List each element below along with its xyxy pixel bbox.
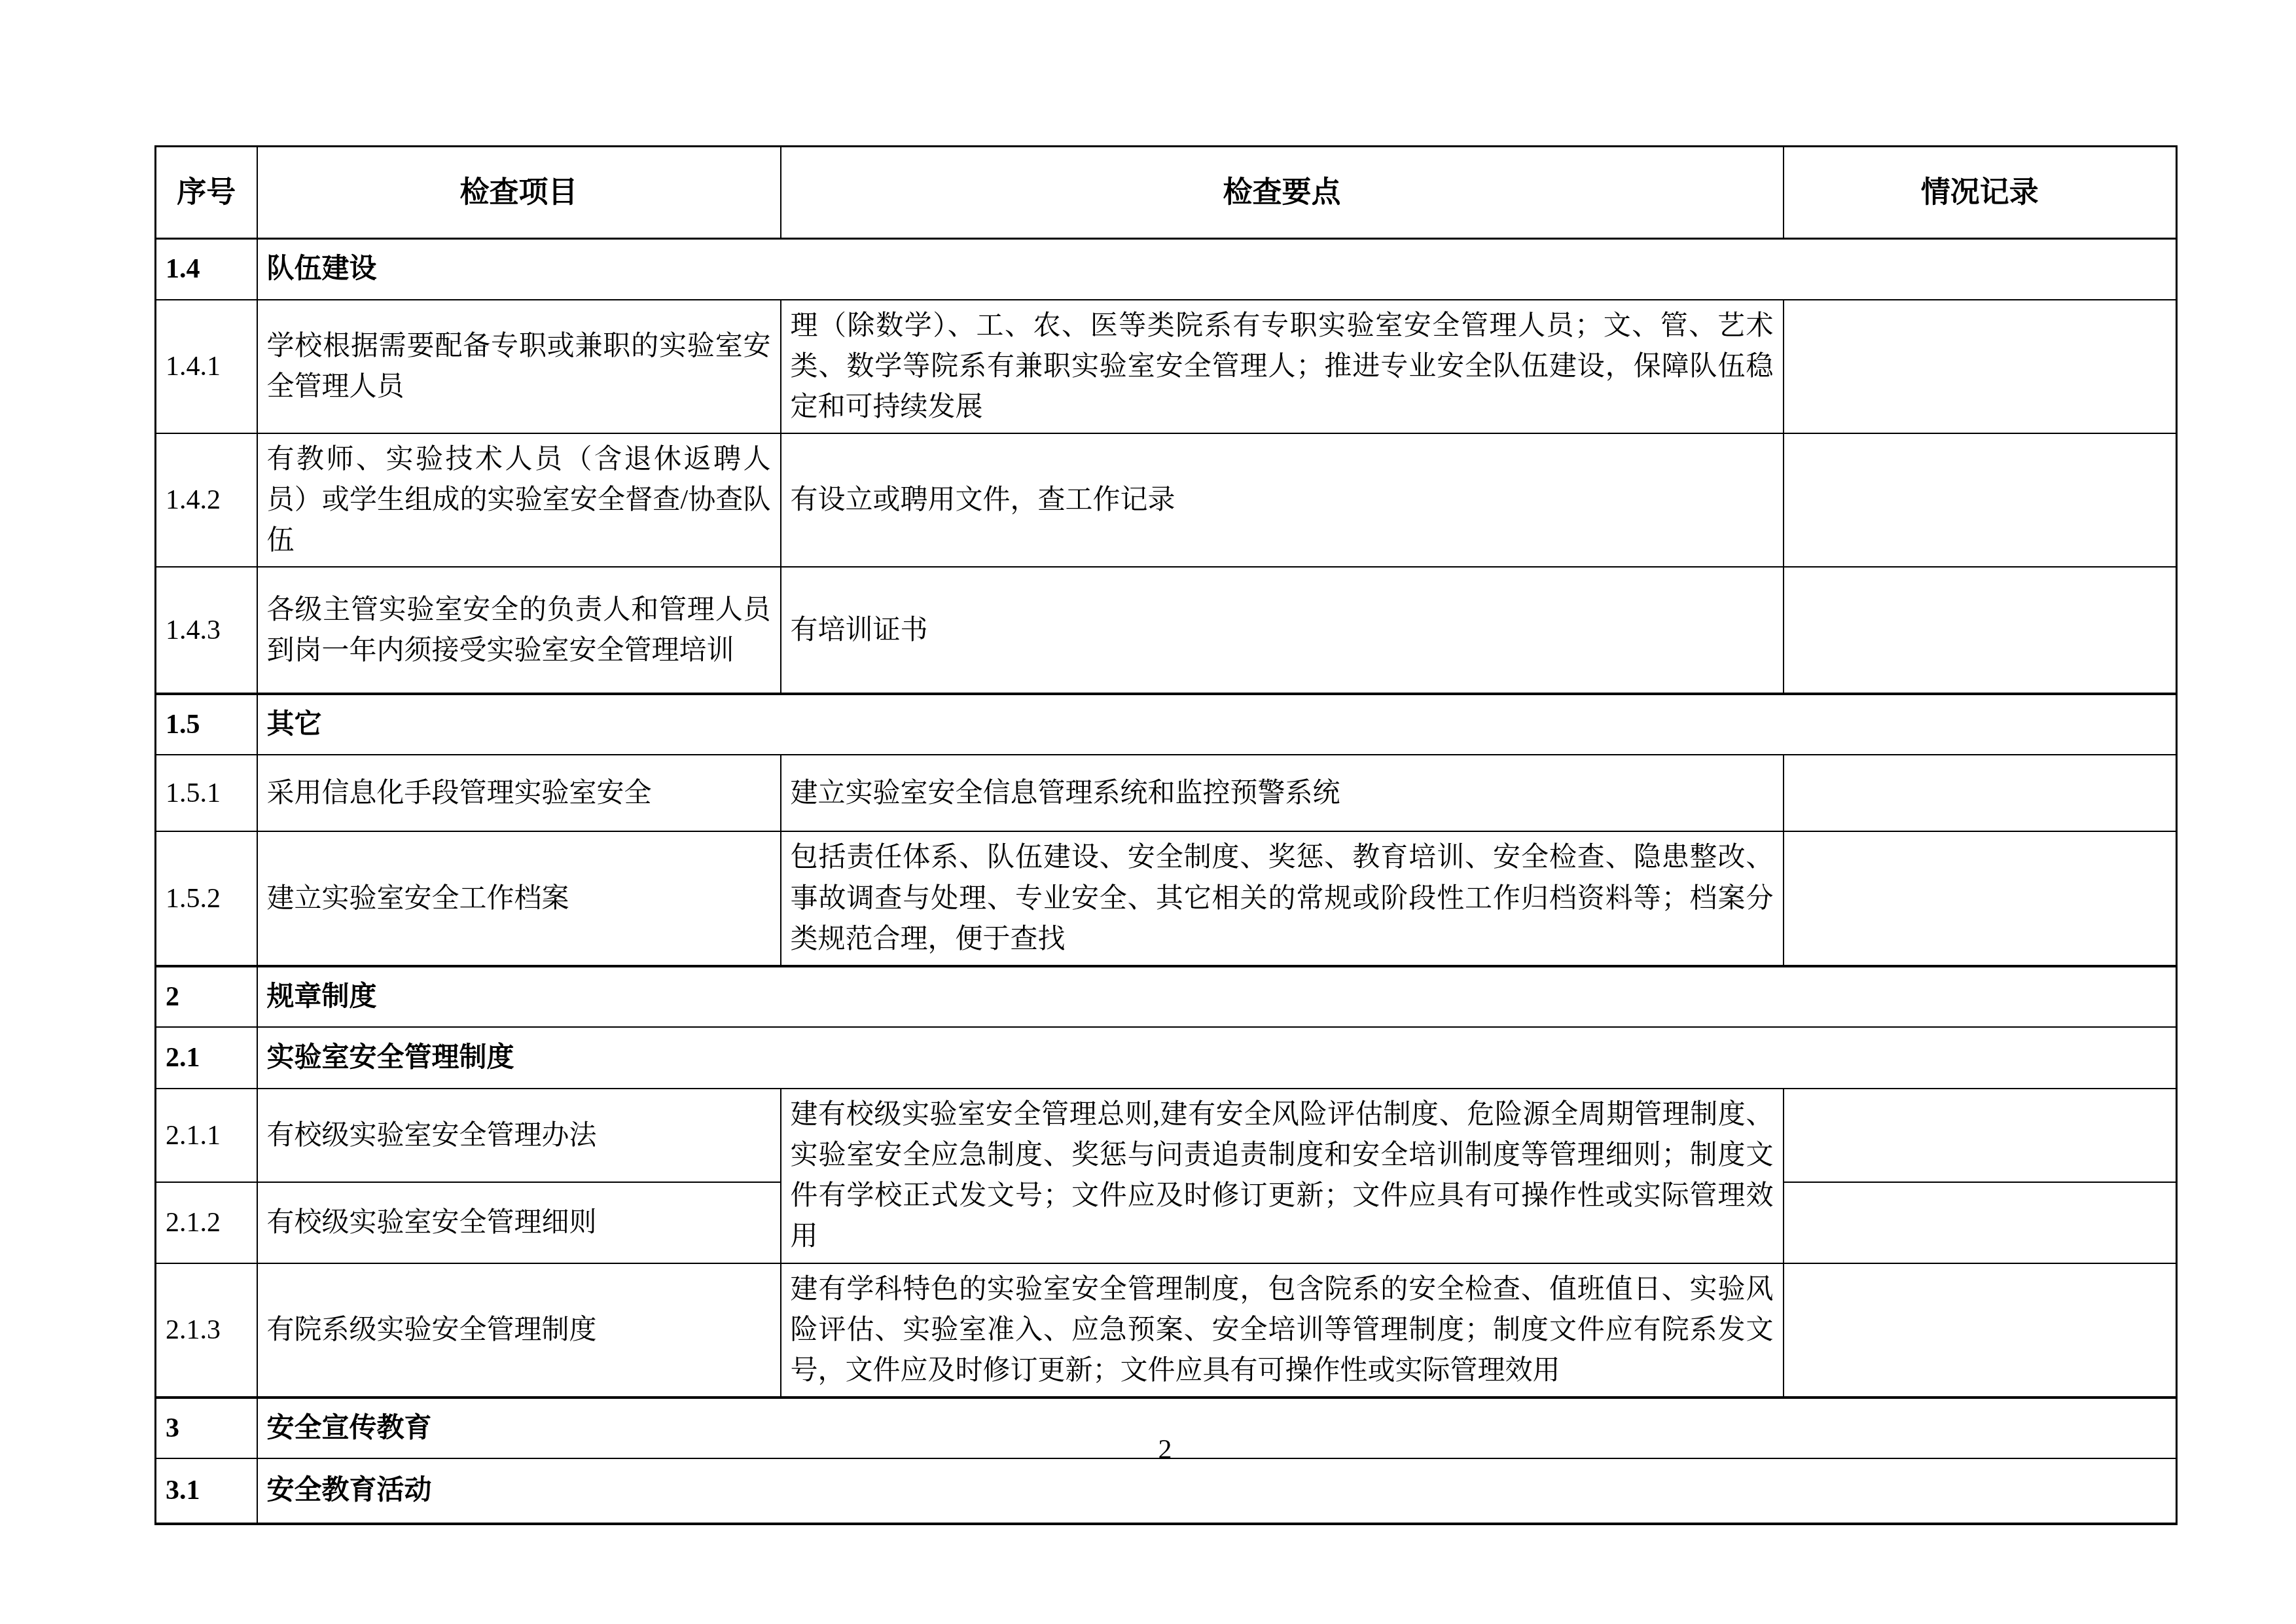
points-cell: 建有学科特色的实验室安全管理制度，包含院系的安全检查、值班值日、实验风险评估、实… (781, 1263, 1784, 1398)
record-cell (1784, 831, 2177, 965)
points-cell-merged: 建有校级实验室安全管理总则,建有安全风险评估制度、危险源全周期管理制度、实验室安… (781, 1089, 1784, 1263)
item-cell: 有校级实验室安全管理细则 (257, 1182, 781, 1263)
table-row-1.5.2: 1.5.2 建立实验室安全工作档案 包括责任体系、队伍建设、安全制度、奖惩、教育… (156, 831, 2177, 965)
serial-cell: 1.4 (156, 239, 257, 300)
table-row-1.5.1: 1.5.1 采用信息化手段管理实验室安全 建立实验室安全信息管理系统和监控预警系… (156, 755, 2177, 831)
serial-cell: 2.1.3 (156, 1263, 257, 1398)
serial-cell: 2.1.2 (156, 1182, 257, 1263)
item-cell: 学校根据需要配备专职或兼职的实验室安全管理人员 (257, 300, 781, 433)
points-cell: 建立实验室安全信息管理系统和监控预警系统 (781, 755, 1784, 831)
serial-cell: 1.4.3 (156, 567, 257, 694)
header-points: 检查要点 (781, 147, 1784, 239)
serial-cell: 2.1.1 (156, 1089, 257, 1183)
serial-cell: 1.5 (156, 694, 257, 755)
serial-cell: 3.1 (156, 1458, 257, 1524)
section-title-cell: 规章制度 (257, 966, 2177, 1027)
table-row-2.1.1: 2.1.1 有校级实验室安全管理办法 建有校级实验室安全管理总则,建有安全风险评… (156, 1089, 2177, 1183)
record-cell (1784, 1182, 2177, 1263)
serial-cell: 1.5.2 (156, 831, 257, 965)
serial-cell: 1.4.1 (156, 300, 257, 433)
serial-cell: 1.4.2 (156, 433, 257, 567)
section-row-2: 2 规章制度 (156, 966, 2177, 1027)
record-cell (1784, 1089, 2177, 1183)
inspection-table: 序号 检查项目 检查要点 情况记录 1.4 队伍建设 1.4.1 学校根据需要配… (154, 145, 2178, 1525)
record-cell (1784, 300, 2177, 433)
section-title-cell: 安全教育活动 (257, 1458, 2177, 1524)
table-row-1.4.2: 1.4.2 有教师、实验技术人员（含退休返聘人员）或学生组成的实验室安全督查/协… (156, 433, 2177, 567)
document-page: 序号 检查项目 检查要点 情况记录 1.4 队伍建设 1.4.1 学校根据需要配… (0, 0, 2296, 1624)
table-header-row: 序号 检查项目 检查要点 情况记录 (156, 147, 2177, 239)
record-cell (1784, 433, 2177, 567)
section-row-2.1: 2.1 实验室安全管理制度 (156, 1027, 2177, 1089)
table-row-1.4.3: 1.4.3 各级主管实验室安全的负责人和管理人员到岗一年内须接受实验室安全管理培… (156, 567, 2177, 694)
serial-cell: 1.5.1 (156, 755, 257, 831)
section-title-cell: 其它 (257, 694, 2177, 755)
table-row-1.4.1: 1.4.1 学校根据需要配备专职或兼职的实验室安全管理人员 理（除数学）、工、农… (156, 300, 2177, 433)
table-row-2.1.3: 2.1.3 有院系级实验安全管理制度 建有学科特色的实验室安全管理制度，包含院系… (156, 1263, 2177, 1398)
section-title-cell: 队伍建设 (257, 239, 2177, 300)
record-cell (1784, 1263, 2177, 1398)
points-cell: 有培训证书 (781, 567, 1784, 694)
item-cell: 有校级实验室安全管理办法 (257, 1089, 781, 1183)
header-serial: 序号 (156, 147, 257, 239)
item-cell: 建立实验室安全工作档案 (257, 831, 781, 965)
points-cell: 包括责任体系、队伍建设、安全制度、奖惩、教育培训、安全检查、隐患整改、事故调查与… (781, 831, 1784, 965)
header-record: 情况记录 (1784, 147, 2177, 239)
page-number: 2 (154, 1434, 2176, 1466)
points-cell: 理（除数学）、工、农、医等类院系有专职实验室安全管理人员；文、管、艺术类、数学等… (781, 300, 1784, 433)
header-item: 检查项目 (257, 147, 781, 239)
item-cell: 采用信息化手段管理实验室安全 (257, 755, 781, 831)
points-cell: 有设立或聘用文件，查工作记录 (781, 433, 1784, 567)
serial-cell: 2.1 (156, 1027, 257, 1089)
section-title-cell: 实验室安全管理制度 (257, 1027, 2177, 1089)
section-row-1.5: 1.5 其它 (156, 694, 2177, 755)
section-row-1.4: 1.4 队伍建设 (156, 239, 2177, 300)
section-row-3.1: 3.1 安全教育活动 (156, 1458, 2177, 1524)
item-cell: 各级主管实验室安全的负责人和管理人员到岗一年内须接受实验室安全管理培训 (257, 567, 781, 694)
record-cell (1784, 567, 2177, 694)
record-cell (1784, 755, 2177, 831)
item-cell: 有院系级实验安全管理制度 (257, 1263, 781, 1398)
item-cell: 有教师、实验技术人员（含退休返聘人员）或学生组成的实验室安全督查/协查队伍 (257, 433, 781, 567)
serial-cell: 2 (156, 966, 257, 1027)
